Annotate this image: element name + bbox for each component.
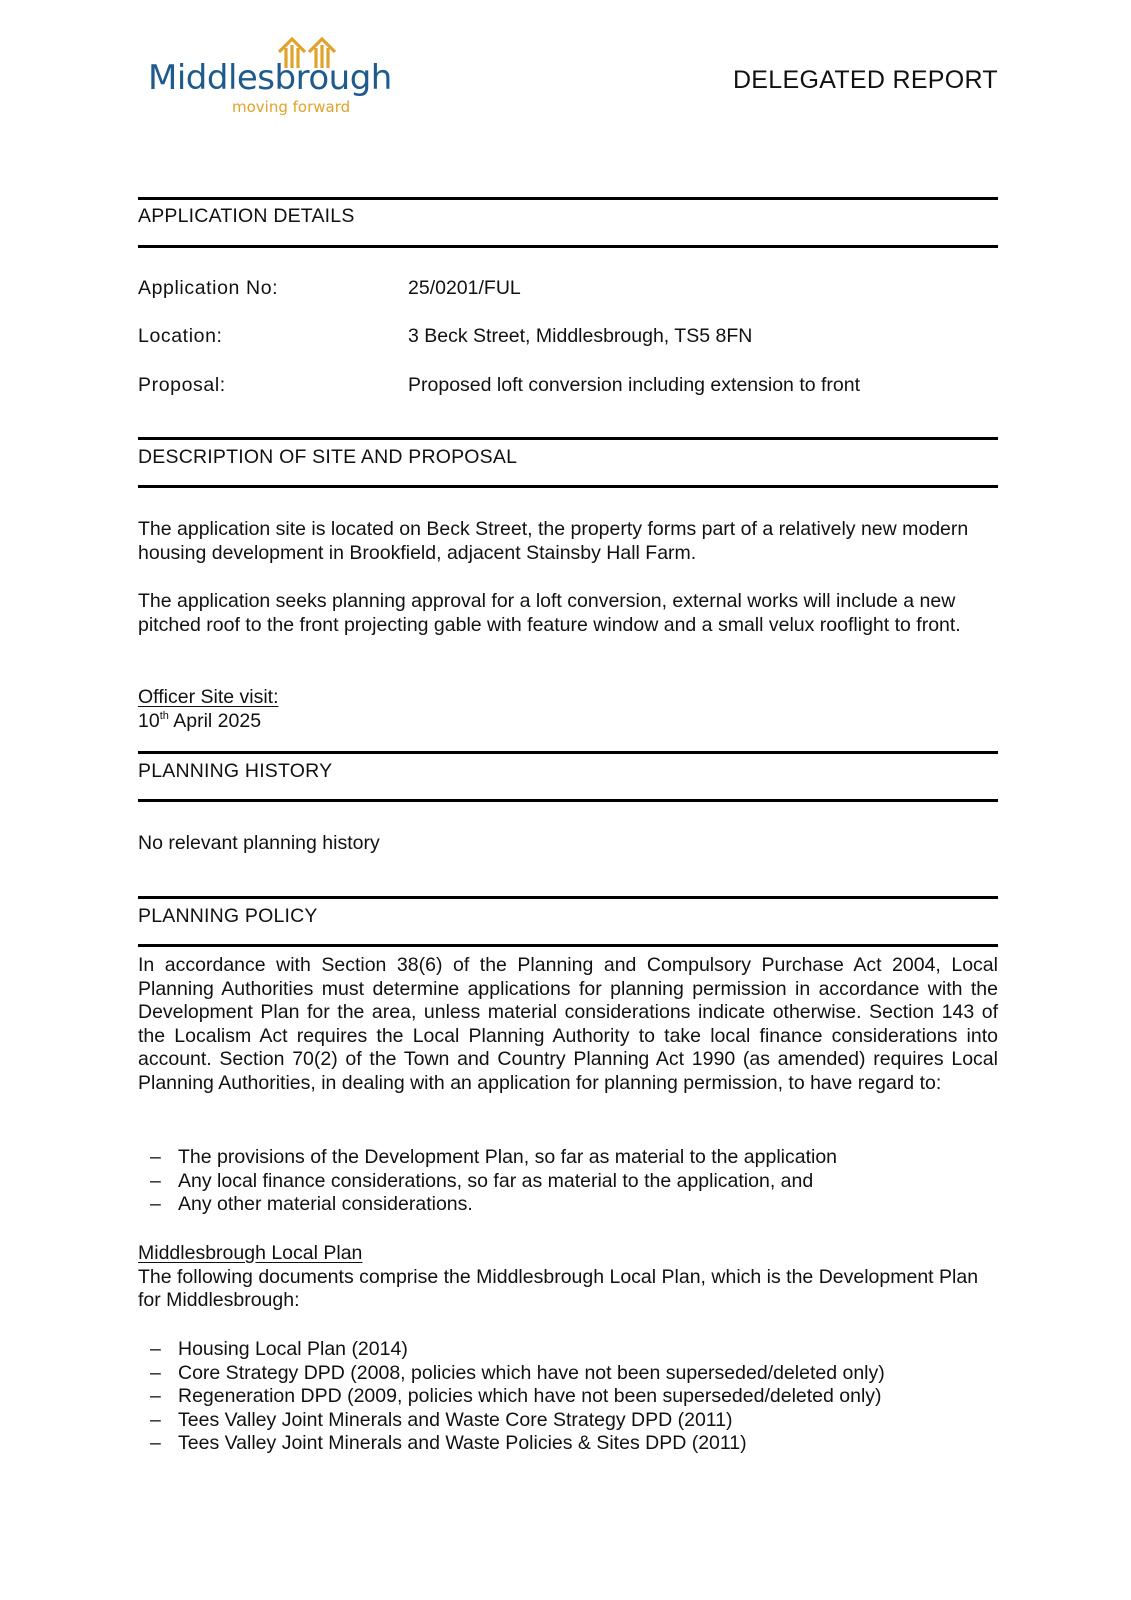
section-title-application-details: APPLICATION DETAILS: [138, 205, 355, 228]
site-visit-label: Officer Site visit:: [138, 686, 279, 708]
location-label: Location:: [138, 325, 223, 348]
description-paragraph: The application seeks planning approval …: [138, 590, 998, 637]
document-page: Middlesbrough moving forward DELEGATED R…: [0, 0, 1131, 1600]
proposal-label: Proposal:: [138, 374, 226, 397]
council-logo: Middlesbrough moving forward: [148, 32, 398, 122]
list-item: –Core Strategy DPD (2008, policies which…: [150, 1362, 885, 1386]
list-item: –Regeneration DPD (2009, policies which …: [150, 1385, 885, 1409]
list-item: –Housing Local Plan (2014): [150, 1338, 885, 1362]
section-rule: [138, 944, 998, 947]
proposal-value: Proposed loft conversion including exten…: [408, 374, 860, 397]
location-value: 3 Beck Street, Middlesbrough, TS5 8FN: [408, 325, 752, 348]
section-rule: [138, 799, 998, 802]
local-plan-documents-list: –Housing Local Plan (2014) –Core Strateg…: [150, 1338, 885, 1456]
section-title-planning-history: PLANNING HISTORY: [138, 760, 332, 783]
site-visit-block: Officer Site visit: 10th April 2025: [138, 686, 998, 733]
list-item: –The provisions of the Development Plan,…: [150, 1146, 837, 1170]
local-plan-heading: Middlesbrough Local Plan: [138, 1242, 362, 1264]
application-no-label: Application No:: [138, 277, 278, 300]
description-paragraph: The application site is located on Beck …: [138, 518, 998, 565]
document-type-title: DELEGATED REPORT: [733, 66, 998, 95]
local-plan-intro: The following documents comprise the Mid…: [138, 1266, 978, 1312]
regard-list: –The provisions of the Development Plan,…: [150, 1146, 837, 1217]
planning-history-text: No relevant planning history: [138, 832, 998, 856]
list-item: –Tees Valley Joint Minerals and Waste Po…: [150, 1432, 885, 1456]
section-rule: [138, 896, 998, 899]
section-rule: [138, 245, 998, 248]
logo-wordmark: Middlesbrough: [148, 58, 392, 98]
section-title-planning-policy: PLANNING POLICY: [138, 905, 318, 928]
site-visit-date: 10th April 2025: [138, 710, 261, 732]
section-rule: [138, 437, 998, 440]
section-title-description: DESCRIPTION OF SITE AND PROPOSAL: [138, 446, 517, 469]
section-rule: [138, 485, 998, 488]
local-plan-block: Middlesbrough Local Plan The following d…: [138, 1242, 998, 1313]
policy-intro-paragraph: In accordance with Section 38(6) of the …: [138, 954, 998, 1095]
section-rule: [138, 197, 998, 200]
section-rule: [138, 751, 998, 754]
list-item: –Any local finance considerations, so fa…: [150, 1170, 837, 1194]
logo-tagline: moving forward: [232, 98, 350, 116]
application-no-value: 25/0201/FUL: [408, 277, 521, 300]
list-item: –Any other material considerations.: [150, 1193, 837, 1217]
list-item: –Tees Valley Joint Minerals and Waste Co…: [150, 1409, 885, 1433]
